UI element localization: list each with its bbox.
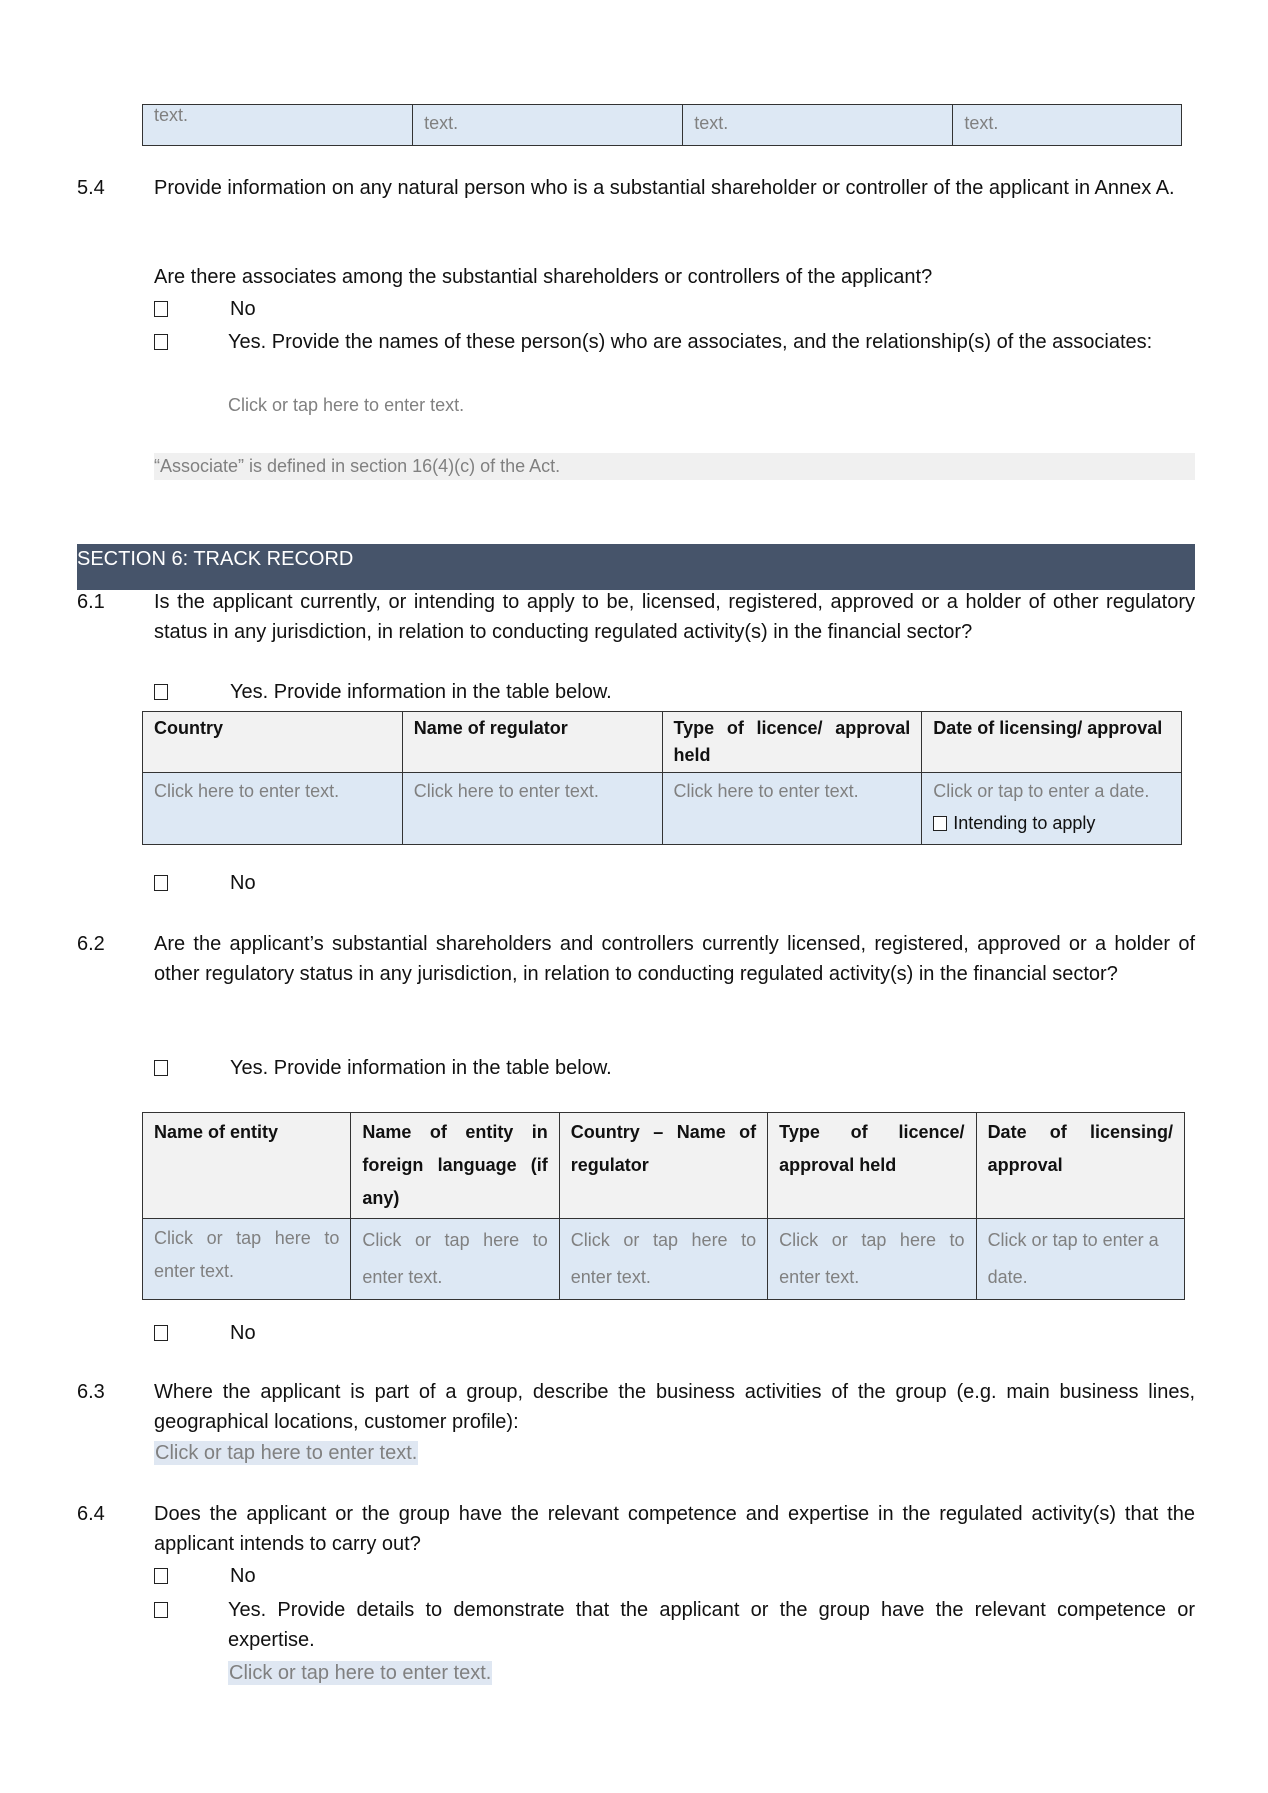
column-header: Name of regulator <box>402 712 662 773</box>
licence-type-input[interactable]: Click here to enter text. <box>662 773 922 845</box>
entity-name-input[interactable]: Click or tap here to enter text. <box>143 1219 351 1300</box>
question-text: Provide information on any natural perso… <box>154 173 1195 203</box>
option-label: Yes. Provide details to demonstrate that… <box>228 1595 1195 1655</box>
option-label: No <box>230 1318 1195 1348</box>
checkbox[interactable] <box>154 1568 168 1584</box>
country-regulator-input[interactable]: Click or tap here to enter text. <box>559 1219 767 1300</box>
question-number: 5.4 <box>77 173 105 203</box>
regulatory-status-table: Country Name of regulator Type of licenc… <box>142 711 1182 845</box>
option-no[interactable]: No <box>154 1318 1195 1348</box>
table-cell-input[interactable]: text. <box>953 105 1182 146</box>
foreign-name-input[interactable]: Click or tap here to enter text. <box>351 1219 559 1300</box>
option-label: Yes. Provide the names of these person(s… <box>228 327 1195 357</box>
option-yes[interactable]: Yes. Provide information in the table be… <box>154 677 1195 707</box>
table-cell-input[interactable]: text. <box>413 105 683 146</box>
checkbox[interactable] <box>154 1602 168 1618</box>
column-header: Type of licence/ approval held <box>768 1113 976 1219</box>
question-text: Does the applicant or the group have the… <box>154 1499 1195 1559</box>
column-header: Date of licensing/ approval <box>922 712 1182 773</box>
option-label: No <box>230 1561 1195 1591</box>
checkbox[interactable] <box>154 1060 168 1076</box>
group-activities-input[interactable]: Click or tap here to enter text. <box>154 1441 418 1465</box>
question-text: Where the applicant is part of a group, … <box>154 1377 1195 1437</box>
question-text: Are the applicant’s substantial sharehol… <box>154 929 1195 989</box>
column-header: Name of entity <box>143 1113 351 1219</box>
option-no[interactable]: No <box>154 1561 1195 1591</box>
question-number: 6.4 <box>77 1499 105 1529</box>
option-label: No <box>230 868 1195 898</box>
option-yes[interactable]: Yes. Provide information in the table be… <box>154 1053 1195 1083</box>
date-input[interactable]: Click or tap to enter a date. <box>976 1219 1184 1300</box>
option-yes[interactable]: Yes. Provide the names of these person(s… <box>154 327 1195 387</box>
option-label: Yes. Provide information in the table be… <box>230 1053 1195 1083</box>
top-table: text. text. text. text. <box>142 104 1182 146</box>
date-cell: Click or tap to enter a date. Intending … <box>922 773 1182 845</box>
option-no[interactable]: No <box>154 868 1195 898</box>
question-prompt: Are there associates among the substanti… <box>154 262 1195 292</box>
option-label: Yes. Provide information in the table be… <box>230 677 1195 707</box>
associate-note: “Associate” is defined in section 16(4)(… <box>154 453 1195 480</box>
checkbox[interactable] <box>154 875 168 891</box>
question-text: Is the applicant currently, or intending… <box>154 587 1195 647</box>
country-input[interactable]: Click here to enter text. <box>143 773 403 845</box>
column-header: Country – Name of regulator <box>559 1113 767 1219</box>
option-label: No <box>230 294 1195 324</box>
column-header: Country <box>143 712 403 773</box>
checkbox[interactable] <box>154 1325 168 1341</box>
intending-to-apply-option[interactable]: Intending to apply <box>933 808 1170 838</box>
section-header: SECTION 6: TRACK RECORD <box>77 544 1195 590</box>
option-no[interactable]: No <box>154 294 1195 324</box>
question-number: 6.1 <box>77 587 105 617</box>
associates-input[interactable]: Click or tap here to enter text. <box>228 392 464 418</box>
column-header: Name of entity in foreign language (if a… <box>351 1113 559 1219</box>
checkbox[interactable] <box>154 334 168 350</box>
checkbox[interactable] <box>154 301 168 317</box>
checkbox[interactable] <box>933 816 947 831</box>
checkbox[interactable] <box>154 684 168 700</box>
date-input[interactable]: Click or tap to enter a date. <box>933 776 1170 806</box>
question-number: 6.3 <box>77 1377 105 1407</box>
option-yes[interactable]: Yes. Provide details to demonstrate that… <box>154 1595 1195 1655</box>
table-cell-input[interactable]: text. <box>143 105 413 146</box>
table-cell-input[interactable]: text. <box>683 105 953 146</box>
shareholder-regulatory-table: Name of entity Name of entity in foreign… <box>142 1112 1185 1300</box>
column-header: Date of licensing/ approval <box>976 1113 1184 1219</box>
column-header: Type of licence/ approval held <box>662 712 922 773</box>
licence-type-input[interactable]: Click or tap here to enter text. <box>768 1219 976 1300</box>
option-label: Intending to apply <box>953 813 1095 833</box>
competence-details-input[interactable]: Click or tap here to enter text. <box>228 1661 492 1685</box>
question-number: 6.2 <box>77 929 105 959</box>
regulator-input[interactable]: Click here to enter text. <box>402 773 662 845</box>
